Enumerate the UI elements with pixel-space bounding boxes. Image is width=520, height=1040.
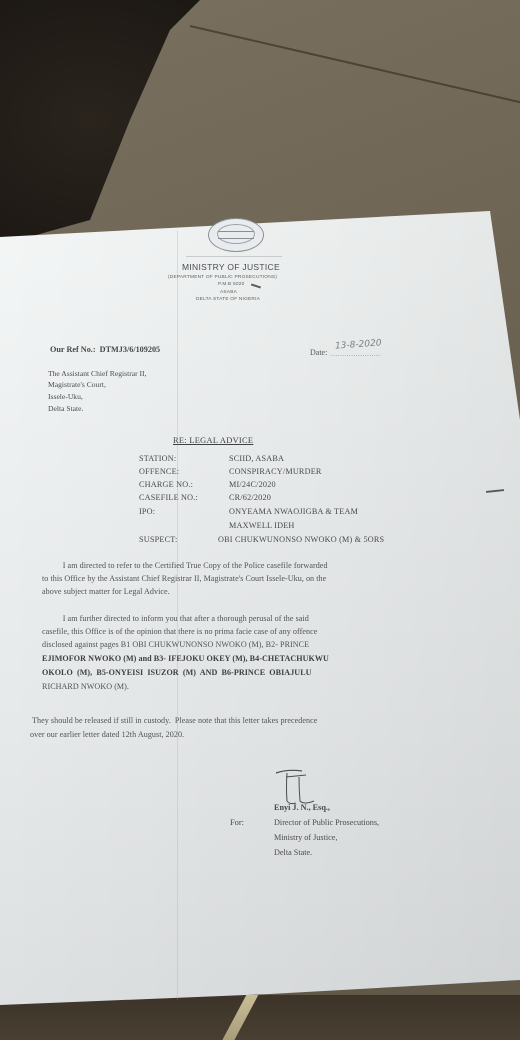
signatory-title-line: Director of Public Prosecutions, <box>274 818 379 827</box>
ref-value: DTMJ3/6/109205 <box>100 345 161 354</box>
stray-ink-mark <box>486 489 504 493</box>
paragraph-2-suspects-line: OKOLO (M), B5-ONYEISI ISUZOR (M) AND B6-… <box>42 668 312 677</box>
subject-heading: RE: LEGAL ADVICE <box>173 436 253 445</box>
date-label: Date: <box>310 348 327 357</box>
ministry-title: MINISTRY OF JUSTICE <box>182 262 280 272</box>
paragraph-3-line: They should be released if still in cust… <box>32 716 317 725</box>
field-label-offence: OFFENCE: <box>139 467 179 476</box>
ref-label: Our Ref No.: <box>50 345 96 354</box>
field-value-charge-no: MI/24C/2020 <box>229 480 276 489</box>
paragraph-1-line: above subject matter for Legal Advice. <box>42 587 170 596</box>
coat-of-arms-seal-icon <box>208 218 264 252</box>
signatory-name: Enyi J. N., Esq., <box>274 803 330 812</box>
field-label-casefile-no: CASEFILE NO.: <box>139 493 198 502</box>
letterhead-state: DELTA STATE OF NIGERIA <box>196 297 260 302</box>
seal-band <box>218 231 254 239</box>
for-label: For: <box>230 818 244 827</box>
addressee-line: Magistrate's Court, <box>48 380 106 389</box>
department-name: (DEPARTMENT OF PUBLIC PROSECUTIONS) <box>168 275 277 280</box>
paragraph-3-line: over our earlier letter dated 12th Augus… <box>30 730 184 739</box>
letterhead-rule <box>186 256 282 257</box>
addressee-line: The Assistant Chief Registrar II, <box>48 369 147 378</box>
paragraph-2-line: disclosed against pages B1 OBI CHUKWUNON… <box>42 640 309 649</box>
legal-advice-letter: MINISTRY OF JUSTICE (DEPARTMENT OF PUBLI… <box>0 0 520 1040</box>
paragraph-2-line: casefile, this Office is of the opinion … <box>42 627 317 636</box>
signatory-title-line: Delta State. <box>274 848 312 857</box>
field-value-station: SCIID, ASABA <box>229 454 284 463</box>
addressee-line: Delta State. <box>48 404 83 413</box>
field-label-station: STATION: <box>139 454 176 463</box>
reference-number: Our Ref No.: DTMJ3/6/109205 <box>50 345 160 354</box>
paragraph-1-line: to this Office by the Assistant Chief Re… <box>42 574 326 583</box>
pen-mark <box>251 283 261 288</box>
field-label-ipo: IPO: <box>139 507 155 516</box>
paragraph-2-suspects-line: RICHARD NWOKO (M). <box>42 682 129 691</box>
letterhead-city: ASABA <box>220 290 237 295</box>
field-value-suspect: OBI CHUKWUNONSO NWOKO (M) & 5ORS <box>218 535 384 544</box>
field-label-suspect: SUSPECT: <box>139 535 178 544</box>
paragraph-2-line: I am further directed to inform you that… <box>42 614 309 623</box>
signatory-title-line: Ministry of Justice, <box>274 833 337 842</box>
po-box: P.M.B 5020 <box>218 282 244 287</box>
paragraph-2-suspects-line: EJIMOFOR NWOKO (M) and B3- IFEJOKU OKEY … <box>42 654 329 663</box>
addressee-line: Issele-Uku, <box>48 392 83 401</box>
paragraph-1-line: I am directed to refer to the Certified … <box>42 561 328 570</box>
field-value-offence: CONSPIRACY/MURDER <box>229 467 322 476</box>
field-value-ipo: ONYEAMA NWAOJIGBA & TEAM <box>229 507 358 516</box>
field-value-ipo-continued: MAXWELL IDEH <box>229 521 295 530</box>
field-value-casefile-no: CR/62/2020 <box>229 493 271 502</box>
field-label-charge-no: CHARGE NO.: <box>139 480 193 489</box>
